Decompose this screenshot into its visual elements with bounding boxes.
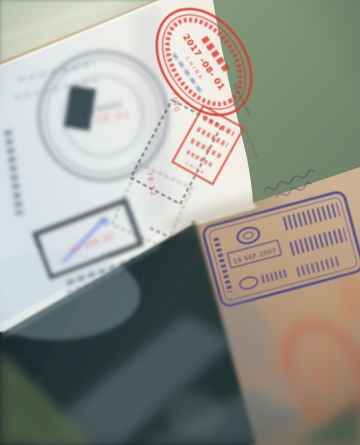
vignette-overlay: [0, 0, 360, 445]
photo-canvas: 19 SEP 2007: [0, 0, 360, 445]
passport-photo: 19 SEP 2007: [0, 0, 360, 445]
